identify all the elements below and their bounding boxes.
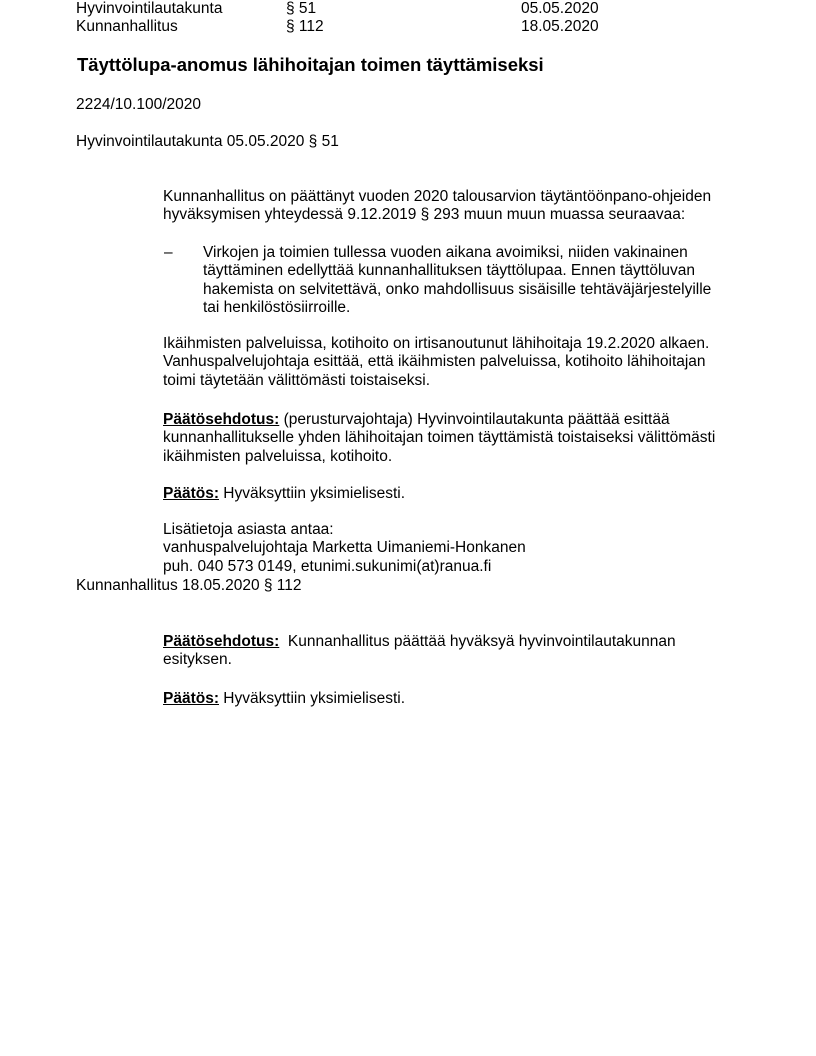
intro-line: hyväksymisen yhteydessä 9.12.2019 § 293 … — [163, 206, 753, 224]
decision-label: Päätös: — [163, 485, 219, 502]
proposal-paragraph-1: Päätösehdotus: (perusturvajohtaja) Hyvin… — [163, 411, 753, 466]
bullet-line: täyttäminen edellyttää kunnanhallituksen… — [203, 262, 753, 280]
bullet-item: – Virkojen ja toimien tullessa vuoden ai… — [163, 244, 753, 318]
header-body-1: Hyvinvointilautakunta — [76, 0, 222, 18]
proposal-line: esityksen. — [163, 651, 753, 669]
contact-line: puh. 040 573 0149, etunimi.sukunimi(at)r… — [163, 558, 753, 576]
bullet-line: tai henkilöstösiirroille. — [203, 299, 753, 317]
proposal-label: Päätösehdotus: — [163, 633, 279, 650]
meeting2-heading: Kunnanhallitus 18.05.2020 § 112 — [76, 577, 302, 595]
decision-paragraph-2: Päätös: Hyväksyttiin yksimielisesti. — [163, 690, 753, 708]
contact-info: Lisätietoja asiasta antaa: vanhuspalvelu… — [163, 521, 753, 576]
header-body-2: Kunnanhallitus — [76, 18, 178, 36]
intro-line: Kunnanhallitus on päättänyt vuoden 2020 … — [163, 188, 753, 206]
situation-line: toimi täytetään välittömästi toistaiseks… — [163, 372, 753, 390]
bullet-line: Virkojen ja toimien tullessa vuoden aika… — [203, 244, 753, 262]
proposal-text: Kunnanhallitus päättää hyväksyä hyvinvoi… — [279, 633, 675, 650]
contact-line: Lisätietoja asiasta antaa: — [163, 521, 753, 539]
header-section-2: § 112 — [286, 18, 324, 36]
situation-paragraph: Ikäihmisten palveluissa, kotihoito on ir… — [163, 335, 753, 390]
proposal-text: (perusturvajohtaja) Hyvinvointilautakunt… — [279, 411, 669, 428]
decision-text: Hyväksyttiin yksimielisesti. — [219, 690, 405, 707]
contact-line: vanhuspalvelujohtaja Marketta Uimaniemi-… — [163, 539, 753, 557]
intro-paragraph: Kunnanhallitus on päättänyt vuoden 2020 … — [163, 188, 753, 225]
proposal-label: Päätösehdotus: — [163, 411, 279, 428]
proposal-paragraph-2: Päätösehdotus: Kunnanhallitus päättää hy… — [163, 633, 753, 670]
proposal-line: ikäihmisten palveluissa, kotihoito. — [163, 448, 753, 466]
decision-label: Päätös: — [163, 690, 219, 707]
decision-text: Hyväksyttiin yksimielisesti. — [219, 485, 405, 502]
record-number: 2224/10.100/2020 — [76, 96, 201, 114]
header-date-2: 18.05.2020 — [521, 18, 599, 36]
header-section-1: § 51 — [286, 0, 316, 18]
proposal-line: kunnanhallitukselle yhden lähihoitajan t… — [163, 429, 753, 447]
situation-line: Ikäihmisten palveluissa, kotihoito on ir… — [163, 335, 753, 353]
situation-line: Vanhuspalvelujohtaja esittää, että ikäih… — [163, 353, 753, 371]
meeting1-heading: Hyvinvointilautakunta 05.05.2020 § 51 — [76, 133, 339, 151]
document-title: Täyttölupa-anomus lähihoitajan toimen tä… — [77, 56, 544, 74]
decision-paragraph-1: Päätös: Hyväksyttiin yksimielisesti. — [163, 485, 753, 503]
dash-bullet-icon: – — [164, 244, 173, 262]
header-date-1: 05.05.2020 — [521, 0, 599, 18]
bullet-line: hakemista on selvitettävä, onko mahdolli… — [203, 281, 753, 299]
